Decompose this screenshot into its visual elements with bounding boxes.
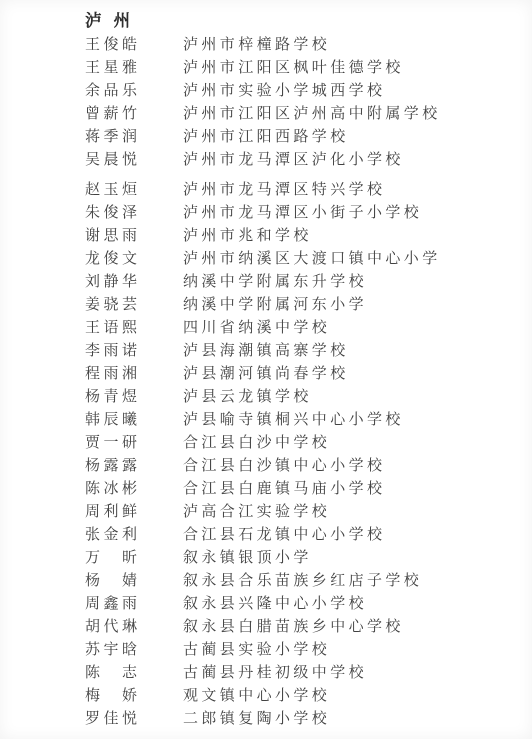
list-item: 苏宇晗古蔺县实验小学校 [0,637,532,660]
list-item: 王俊皓泸州市梓橦路学校 [0,32,532,55]
person-name: 朱俊泽 [85,201,137,222]
school-name: 泸州市龙马潭区泸化小学校 [183,148,404,169]
person-name: 王星雅 [85,56,137,77]
person-name: 胡代琳 [85,615,137,636]
school-name: 泸州市龙马潭区特兴学校 [183,178,385,199]
list-item: 杨露露合江县白沙镇中心小学校 [0,453,532,476]
person-name: 周利鲜 [85,500,137,521]
list-item: 贾一研合江县白沙中学校 [0,430,532,453]
list-item: 赵玉烜泸州市龙马潭区特兴学校 [0,177,532,200]
list-item: 张金利合江县石龙镇中心小学校 [0,522,532,545]
school-name: 叙永县合乐苗族乡红店子学校 [183,569,422,590]
list-item: 余品乐泸州市实验小学城西学校 [0,78,532,101]
school-name: 泸州市实验小学城西学校 [183,79,385,100]
roster-group: 赵玉烜泸州市龙马潭区特兴学校朱俊泽泸州市龙马潭区小街子小学校谢思雨泸州市兆和学校… [0,177,532,729]
person-name: 吴晨悦 [85,148,137,169]
list-item: 谢思雨泸州市兆和学校 [0,223,532,246]
person-name: 陈冰彬 [85,477,137,498]
person-name: 蒋季润 [85,125,137,146]
person-name: 曾薪竹 [85,102,137,123]
list-item: 杨婧叙永县合乐苗族乡红店子学校 [0,568,532,591]
list-item: 李雨诺泸县海潮镇高寨学校 [0,338,532,361]
list-item: 曾薪竹泸州市江阳区泸州高中附属学校 [0,101,532,124]
list-item: 吴晨悦泸州市龙马潭区泸化小学校 [0,147,532,170]
list-item: 朱俊泽泸州市龙马潭区小街子小学校 [0,200,532,223]
school-name: 泸高合江实验学校 [183,500,330,521]
list-item: 梅娇观文镇中心小学校 [0,683,532,706]
list-item: 陈冰彬合江县白鹿镇马庙小学校 [0,476,532,499]
person-name: 谢思雨 [85,224,137,245]
school-name: 泸州市江阳区枫叶佳德学校 [183,56,404,77]
roster-group: 王俊皓泸州市梓橦路学校王星雅泸州市江阳区枫叶佳德学校余品乐泸州市实验小学城西学校… [0,32,532,170]
person-name: 梅娇 [85,684,137,705]
list-item: 韩辰曦泸县喻寺镇桐兴中心小学校 [0,407,532,430]
list-item: 周鑫雨叙永县兴隆中心小学校 [0,591,532,614]
person-name: 万昕 [85,546,137,567]
school-name: 泸州市兆和学校 [183,224,312,245]
school-name: 泸县云龙镇学校 [183,385,312,406]
list-item: 王语熙四川省纳溪中学校 [0,315,532,338]
school-name: 纳溪中学附属东升学校 [183,270,367,291]
person-name: 刘静华 [85,270,137,291]
school-name: 合江县白沙镇中心小学校 [183,454,385,475]
person-name: 程雨湘 [85,362,137,383]
person-name: 陈志 [85,661,137,682]
person-name: 赵玉烜 [85,178,137,199]
school-name: 泸县海潮镇高寨学校 [183,339,349,360]
person-name: 张金利 [85,523,137,544]
list-item: 姜骁芸纳溪中学附属河东小学 [0,292,532,315]
school-name: 泸州市梓橦路学校 [183,33,330,54]
school-name: 古蔺县丹桂初级中学校 [183,661,367,682]
school-name: 泸县潮河镇尚春学校 [183,362,349,383]
list-item: 王星雅泸州市江阳区枫叶佳德学校 [0,55,532,78]
person-name: 王语熙 [85,316,137,337]
school-name: 合江县石龙镇中心小学校 [183,523,385,544]
person-name: 杨婧 [85,569,137,590]
list-item: 胡代琳叙永县白腊苗族乡中心学校 [0,614,532,637]
document-page: 泸州 王俊皓泸州市梓橦路学校王星雅泸州市江阳区枫叶佳德学校余品乐泸州市实验小学城… [0,0,532,739]
list-item: 罗佳悦二郎镇复陶小学校 [0,706,532,729]
school-name: 合江县白鹿镇马庙小学校 [183,477,385,498]
school-name: 泸州市龙马潭区小街子小学校 [183,201,422,222]
list-item: 万昕叙永镇银顶小学 [0,545,532,568]
person-name: 苏宇晗 [85,638,137,659]
list-item: 刘静华纳溪中学附属东升学校 [0,269,532,292]
list-item: 程雨湘泸县潮河镇尚春学校 [0,361,532,384]
school-name: 叙永镇银顶小学 [183,546,312,567]
list-item: 杨青煜泸县云龙镇学校 [0,384,532,407]
school-name: 泸县喻寺镇桐兴中心小学校 [183,408,404,429]
school-name: 叙永县白腊苗族乡中心学校 [183,615,404,636]
person-name: 龙俊文 [85,247,137,268]
school-name: 四川省纳溪中学校 [183,316,330,337]
school-name: 叙永县兴隆中心小学校 [183,592,367,613]
person-name: 余品乐 [85,79,137,100]
person-name: 贾一研 [85,431,137,452]
school-name: 二郎镇复陶小学校 [183,707,330,728]
school-name: 古蔺县实验小学校 [183,638,330,659]
list-item: 龙俊文泸州市纳溪区大渡口镇中心小学 [0,246,532,269]
person-name: 李雨诺 [85,339,137,360]
person-name: 杨青煜 [85,385,137,406]
list-item: 周利鲜泸高合江实验学校 [0,499,532,522]
person-name: 王俊皓 [85,33,137,54]
section-title: 泸州 [85,9,130,32]
person-name: 罗佳悦 [85,707,137,728]
person-name: 周鑫雨 [85,592,137,613]
list-item: 陈志古蔺县丹桂初级中学校 [0,660,532,683]
school-name: 泸州市纳溪区大渡口镇中心小学 [183,247,441,268]
person-name: 杨露露 [85,454,137,475]
roster-list: 王俊皓泸州市梓橦路学校王星雅泸州市江阳区枫叶佳德学校余品乐泸州市实验小学城西学校… [0,32,532,729]
school-name: 纳溪中学附属河东小学 [183,293,367,314]
school-name: 合江县白沙中学校 [183,431,330,452]
list-item: 蒋季润泸州市江阳西路学校 [0,124,532,147]
school-name: 观文镇中心小学校 [183,684,330,705]
person-name: 韩辰曦 [85,408,137,429]
school-name: 泸州市江阳西路学校 [183,125,349,146]
school-name: 泸州市江阳区泸州高中附属学校 [183,102,441,123]
person-name: 姜骁芸 [85,293,137,314]
